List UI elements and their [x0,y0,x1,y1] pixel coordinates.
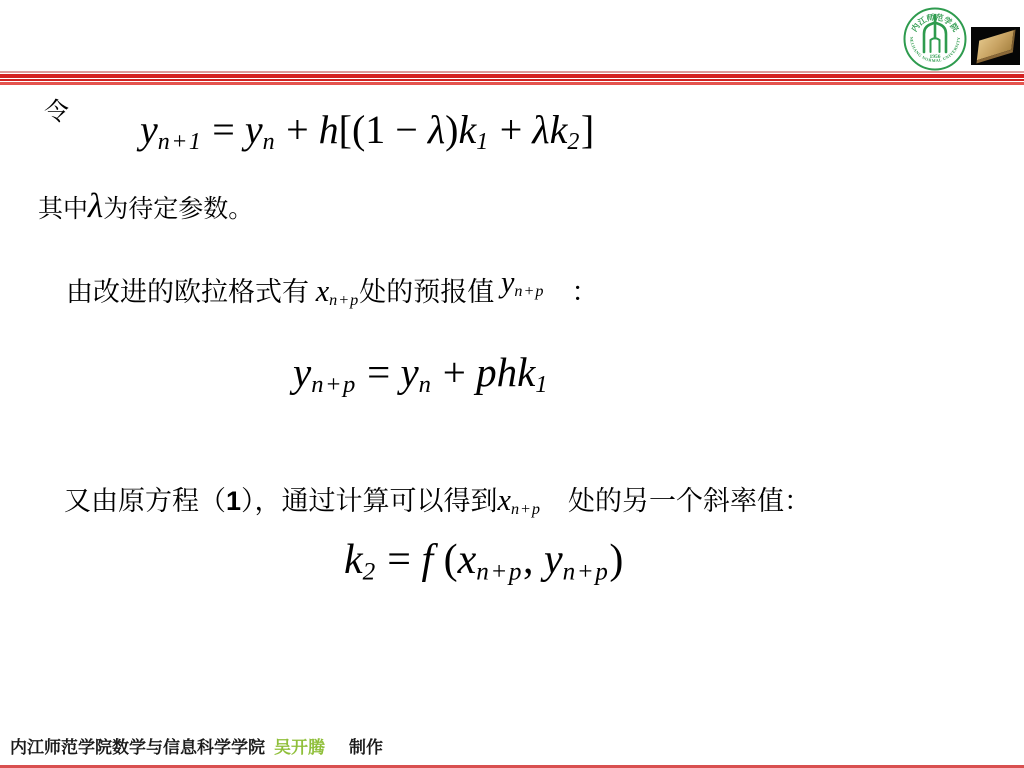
text-lambda-parameter: 其中λ为待定参数。 [38,188,253,225]
text-improved-euler: 由改进的欧拉格式有 xn+p处的预报值 yn+p ： [66,270,598,310]
book-photo-image [971,27,1020,65]
formula-weighted-slope: yn+1 = yn + h[(1 − λ)k1 + λk2] [140,106,594,156]
let-label: 令 [44,92,69,128]
footer-author: 吴开腾 [274,738,325,757]
footer-credit: 内江师范学院数学与信息科学学院吴开腾制作 [10,733,383,758]
footer-made-by: 制作 [349,738,383,757]
slide-canvas: 内江师范学院 1956 NEIJIANG NORMAL UNIVERSITY 令… [0,0,1024,768]
university-seal-logo: 内江师范学院 1956 NEIJIANG NORMAL UNIVERSITY [903,7,967,71]
top-separator-rule [0,71,1024,85]
formula-predictor: yn+p = yn + phk1 [293,348,549,399]
footer-institution: 内江师范学院数学与信息科学学院 [10,738,265,757]
gold-book-icon [976,29,1015,63]
text-second-slope: 又由原方程（1），通过计算可以得到xn+p 处的另一个斜率值： [64,479,811,519]
formula-k2: k2 = f (xn+p, yn+p) [344,536,623,586]
